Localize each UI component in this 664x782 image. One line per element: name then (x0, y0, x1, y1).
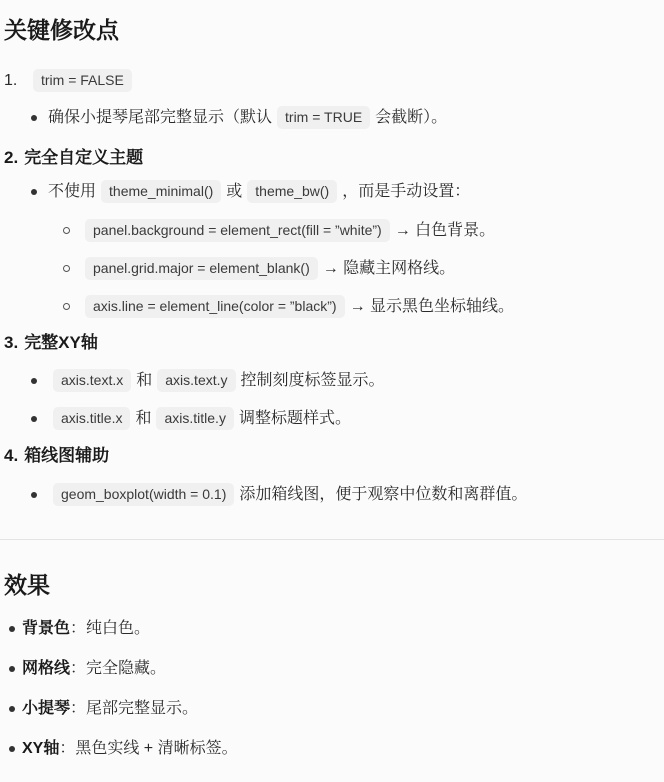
bullet-text: 添加箱线图，便于观察中位数和离群值。 (239, 486, 527, 503)
circle-bullet-icon (63, 303, 70, 310)
bullet-item: 不使用theme_minimal()或theme_bw()，而是手动设置： (4, 179, 650, 205)
bullet-text: 和 (136, 372, 152, 389)
bullet-icon (31, 378, 37, 384)
heading-effects: 效果 (4, 570, 650, 600)
sub-bullet-item: panel.grid.major = element_blank()→ 隐藏主网… (4, 256, 650, 282)
bullet-text: 控制刻度标签显示。 (241, 372, 385, 389)
inline-code: geom_boxplot(width = 0.1) (53, 483, 234, 506)
inline-code: panel.background = element_rect(fill = ”… (85, 219, 390, 242)
effects-bullet-item: XY轴：黑色实线 + 清晰标签。 (4, 736, 650, 762)
effect-text: ：纯白色。 (70, 620, 150, 637)
bullet-icon (31, 115, 37, 121)
bullet-icon (31, 492, 37, 498)
inline-code: axis.title.y (156, 407, 233, 430)
effect-text: ：完全隐藏。 (70, 660, 166, 677)
circle-bullet-icon (63, 265, 70, 272)
bullet-icon (31, 416, 37, 422)
bullet-icon (9, 626, 15, 632)
inline-code: axis.text.x (53, 369, 131, 392)
inline-code: axis.title.x (53, 407, 130, 430)
document-body: 关键修改点 1.trim = FALSE 确保小提琴尾部完整显示（默认trim … (0, 0, 664, 762)
sub-bullet-text: → 隐藏主网格线。 (323, 260, 455, 277)
effects-bullet-item: 背景色：纯白色。 (4, 616, 650, 642)
bullet-item: axis.title.x和axis.title.y调整标题样式。 (4, 406, 650, 432)
item-title: 完全自定义主题 (24, 148, 143, 167)
inline-code: axis.line = element_line(color = ”black”… (85, 295, 345, 318)
item-title: 箱线图辅助 (24, 446, 109, 465)
numbered-item-3: 3.完整XY轴 (4, 330, 650, 356)
effect-text: ：黑色实线 + 清晰标签。 (59, 740, 237, 757)
effect-label: XY轴 (22, 740, 59, 757)
bullet-icon (9, 666, 15, 672)
bullet-text: 或 (226, 183, 242, 200)
inline-code: theme_bw() (247, 180, 337, 203)
section-divider (0, 539, 664, 540)
bullet-text: 和 (135, 410, 151, 427)
effect-label: 背景色 (22, 620, 70, 637)
numbered-item-2: 2.完全自定义主题 (4, 145, 650, 171)
effects-bullet-item: 网格线：完全隐藏。 (4, 656, 650, 682)
bullet-text: ，而是手动设置： (342, 183, 470, 200)
heading-key-changes: 关键修改点 (4, 16, 650, 44)
sub-bullet-item: panel.background = element_rect(fill = ”… (4, 218, 650, 244)
inline-code: trim = TRUE (277, 106, 370, 129)
bullet-icon (9, 706, 15, 712)
bullet-icon (9, 746, 15, 752)
effect-text: ：尾部完整显示。 (70, 700, 198, 717)
bullet-icon (31, 189, 37, 195)
bullet-text: 调整标题样式。 (239, 410, 351, 427)
effect-label: 小提琴 (22, 700, 70, 717)
numbered-item-4: 4.箱线图辅助 (4, 443, 650, 469)
sub-bullet-item: axis.line = element_line(color = ”black”… (4, 294, 650, 320)
inline-code: theme_minimal() (101, 180, 221, 203)
effect-label: 网格线 (22, 660, 70, 677)
sub-bullet-text: → 白色背景。 (395, 222, 495, 239)
bullet-item: geom_boxplot(width = 0.1)添加箱线图，便于观察中位数和离… (4, 482, 650, 508)
bullet-text: 不使用 (48, 183, 96, 200)
list-number: 4. (4, 446, 18, 465)
item-title: 完整XY轴 (24, 333, 98, 352)
sub-bullet-text: → 显示黑色坐标轴线。 (350, 298, 514, 315)
numbered-item-1: 1.trim = FALSE (4, 68, 650, 94)
bullet-item: 确保小提琴尾部完整显示（默认trim = TRUE会截断）。 (4, 105, 650, 131)
inline-code: axis.text.y (157, 369, 235, 392)
list-number: 3. (4, 333, 18, 352)
list-number: 2. (4, 148, 18, 167)
effects-bullet-item: 小提琴：尾部完整显示。 (4, 696, 650, 722)
inline-code: trim = FALSE (33, 69, 132, 92)
bullet-text: 确保小提琴尾部完整显示（默认 (48, 109, 272, 126)
bullet-item: axis.text.x和axis.text.y控制刻度标签显示。 (4, 368, 650, 394)
inline-code: panel.grid.major = element_blank() (85, 257, 318, 280)
bullet-text: 会截断）。 (375, 109, 447, 126)
list-number: 1. (4, 68, 28, 94)
circle-bullet-icon (63, 227, 70, 234)
